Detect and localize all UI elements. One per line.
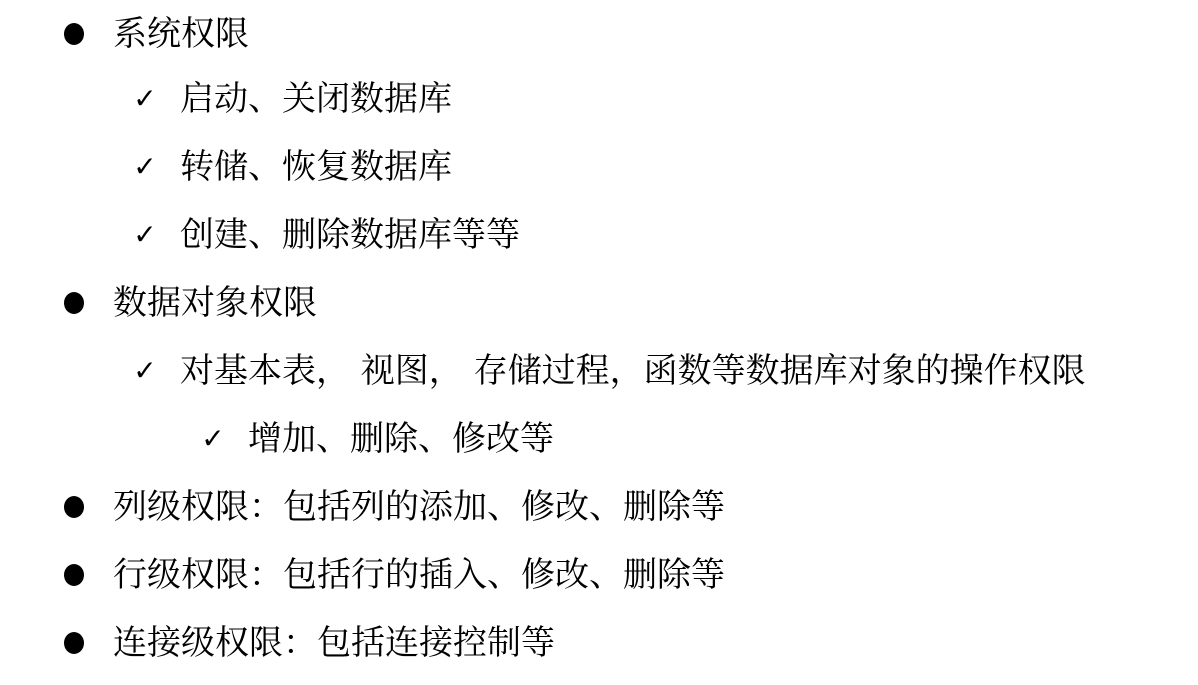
bullet-icon bbox=[64, 496, 84, 518]
list-item-text: 连接级权限：包括连接控制等 bbox=[113, 626, 555, 660]
list-item-text: 系统权限 bbox=[113, 17, 249, 51]
checkmark-icon: ✓ bbox=[198, 425, 228, 453]
list-item-text: 启动、关闭数据库 bbox=[180, 82, 452, 116]
list-item-text: 行级权限：包括行的插入、修改、删除等 bbox=[113, 558, 725, 592]
bullet-icon bbox=[64, 292, 84, 314]
bullet-icon bbox=[64, 23, 84, 45]
list-item-text: 创建、删除数据库等等 bbox=[180, 218, 520, 252]
list-item-connection-privileges: 连接级权限：包括连接控制等 bbox=[64, 609, 555, 677]
list-item-dump-restore-db: ✓ 转储、恢复数据库 bbox=[130, 133, 452, 201]
list-item-text: 转储、恢复数据库 bbox=[180, 150, 452, 184]
checkmark-icon: ✓ bbox=[130, 85, 160, 113]
list-item-text: 对基本表， 视图， 存储过程，函数等数据库对象的操作权限 bbox=[180, 354, 1086, 388]
list-item-text: 数据对象权限 bbox=[113, 286, 317, 320]
list-item-start-stop-db: ✓ 启动、关闭数据库 bbox=[130, 65, 452, 133]
bullet-icon bbox=[64, 564, 84, 586]
list-item-data-object-privileges: 数据对象权限 bbox=[64, 269, 317, 337]
list-item-create-drop-db: ✓ 创建、删除数据库等等 bbox=[130, 201, 520, 269]
checkmark-icon: ✓ bbox=[130, 221, 160, 249]
list-item-column-privileges: 列级权限：包括列的添加、修改、删除等 bbox=[64, 473, 725, 541]
list-item-add-delete-modify: ✓ 增加、删除、修改等 bbox=[198, 405, 554, 473]
list-item-system-privileges: 系统权限 bbox=[64, 0, 249, 68]
list-item-object-operations: ✓ 对基本表， 视图， 存储过程，函数等数据库对象的操作权限 bbox=[130, 337, 1086, 405]
list-item-text: 列级权限：包括列的添加、修改、删除等 bbox=[113, 490, 725, 524]
list-item-text: 增加、删除、修改等 bbox=[248, 422, 554, 456]
list-item-row-privileges: 行级权限：包括行的插入、修改、删除等 bbox=[64, 541, 725, 609]
bullet-icon bbox=[64, 632, 84, 654]
checkmark-icon: ✓ bbox=[130, 357, 160, 385]
checkmark-icon: ✓ bbox=[130, 153, 160, 181]
